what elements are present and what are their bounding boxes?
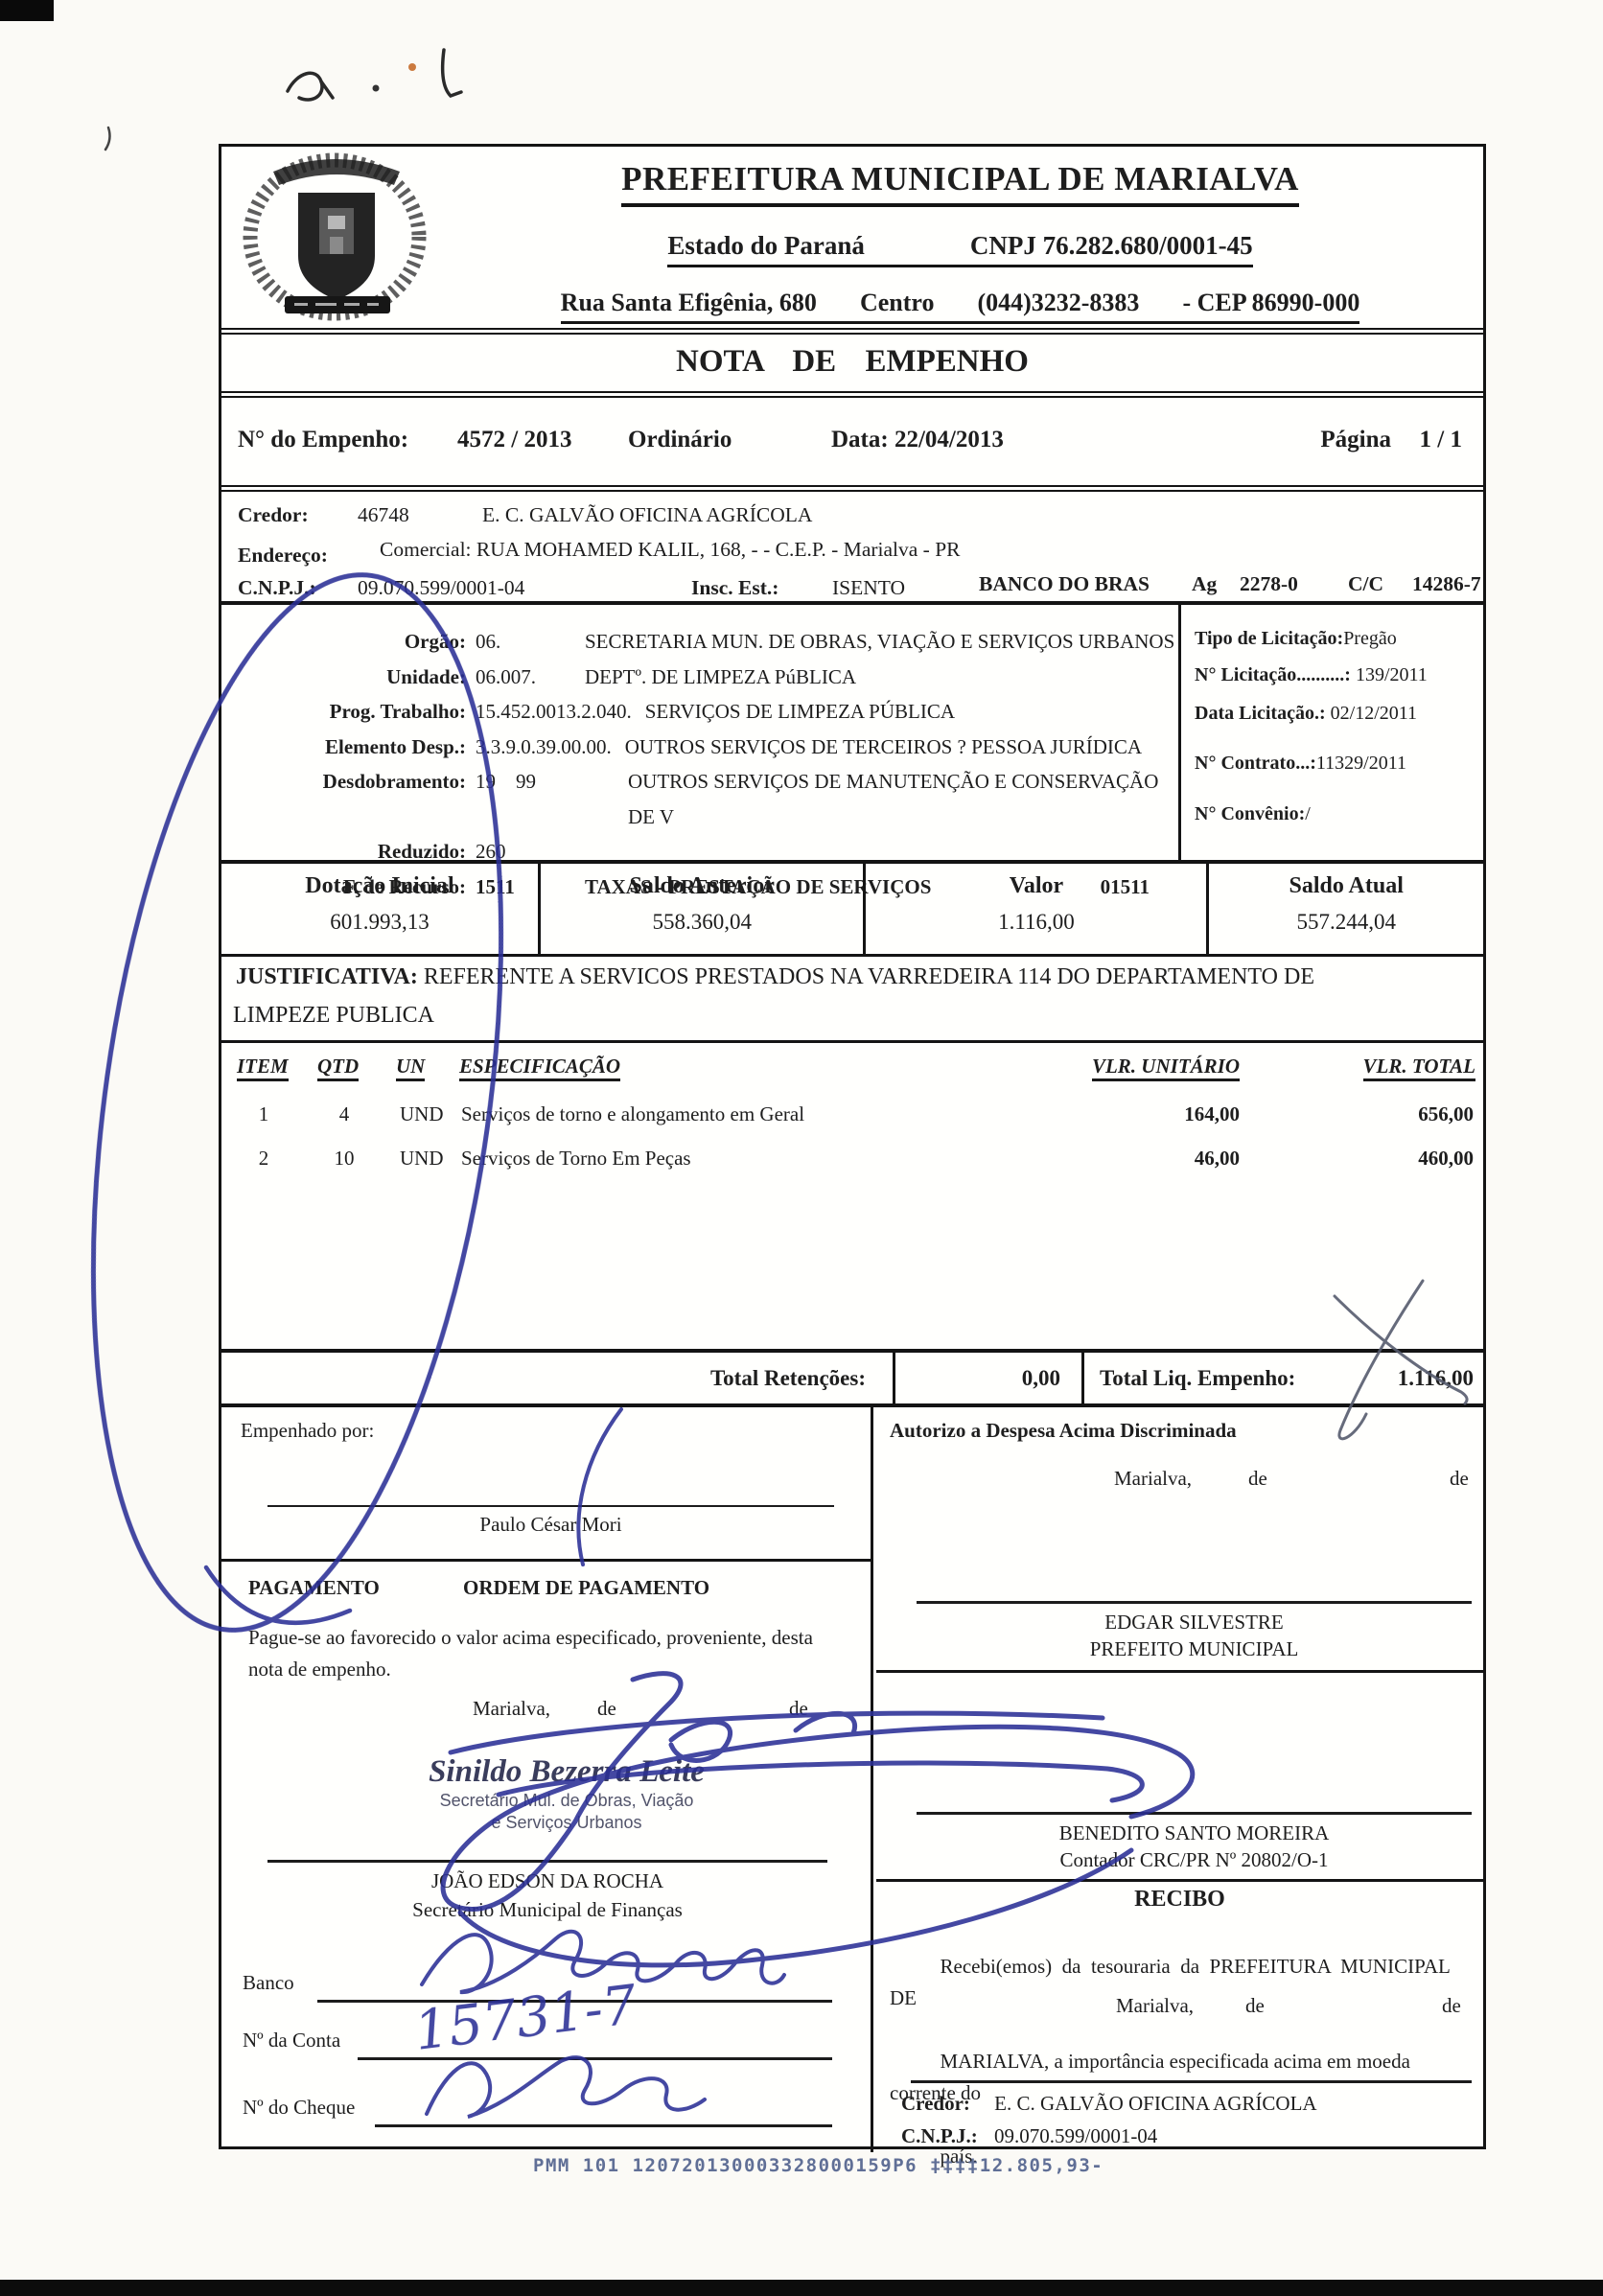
num-licitacao-row: N° Licitação..........: 139/2011 bbox=[1195, 664, 1479, 686]
dotacao-inicial-value: 601.993,13 bbox=[221, 910, 538, 935]
item-2-espec: Serviços de Torno Em Peças bbox=[461, 1147, 691, 1171]
justificativa-line1: REFERENTE A SERVICOS PRESTADOS NA VARRED… bbox=[424, 964, 1314, 989]
prefeito-name: EDGAR SILVESTRE bbox=[917, 1611, 1472, 1635]
secretary-stamp: Sinildo Bezerra Leite Secretário Mul. de… bbox=[356, 1754, 778, 1834]
stamp-title-line1: Secretário Mul. de Obras, Viação bbox=[356, 1790, 778, 1812]
recibo-cnpj-line: C.N.P.J.: 09.070.599/0001-04 bbox=[901, 2124, 1157, 2148]
item-2-num: 2 bbox=[243, 1147, 285, 1171]
data-licitacao-label: Data Licitação.: bbox=[1195, 703, 1326, 724]
dotacao-inicial-label: Dotação Inicial bbox=[221, 873, 538, 899]
item-1-unit: 164,00 bbox=[1184, 1102, 1240, 1126]
item-2-qtd: 10 bbox=[321, 1147, 367, 1171]
municipal-crest-logo bbox=[235, 152, 438, 329]
empenho-date: Data: 22/04/2013 bbox=[831, 427, 1004, 453]
valor-label: Valor bbox=[866, 873, 1206, 899]
contador-title: Contador CRC/PR Nº 20802/O-1 bbox=[917, 1848, 1472, 1872]
unidade-desc: DEPTº. DE LIMPEZA PúBLICA bbox=[585, 660, 856, 695]
pagamento-divider bbox=[221, 1559, 871, 1562]
insc-est-label: Insc. Est.: bbox=[691, 576, 778, 600]
recibo-title: RECIBO bbox=[876, 1887, 1483, 1913]
credor-code: 46748 bbox=[358, 503, 409, 527]
nota-de-empenho-document: PREFEITURA MUNICIPAL DE MARIALVA Estado … bbox=[219, 144, 1486, 2149]
dotacao-inicial-cell: Dotação Inicial 601.993,13 bbox=[221, 864, 541, 954]
endereco-label: Endereço: bbox=[238, 544, 328, 568]
autorizo-divider bbox=[876, 1670, 1483, 1673]
budget-block: Orgão: 06. SECRETARIA MUN. DE OBRAS, VIA… bbox=[221, 605, 1483, 864]
col-espec-header: ESPECIFICAÇÃO bbox=[459, 1055, 620, 1080]
conta-label: Nº da Conta bbox=[243, 2029, 340, 2052]
convenio-value: / bbox=[1305, 803, 1311, 824]
page-value: 1 / 1 bbox=[1420, 427, 1462, 453]
orgao-desc: SECRETARIA MUN. DE OBRAS, VIAÇÃO E SERVI… bbox=[585, 624, 1174, 660]
recibo-credor-line: Credor: E. C. GALVÃO OFICINA AGRÍCOLA bbox=[901, 2092, 1317, 2116]
licitacao-column: Tipo de Licitação:Pregão N° Licitação...… bbox=[1178, 605, 1483, 860]
machine-print-line: PMM 101 120720130003328000159P6 ‡‡‡‡12.8… bbox=[533, 2155, 1104, 2176]
recibo-credor-label: Credor: bbox=[901, 2092, 970, 2115]
finance-signature-line bbox=[267, 1860, 827, 1863]
autorizo-city: Marialva, bbox=[1114, 1467, 1192, 1491]
doc-title-bar: NOTA DE EMPENHO bbox=[221, 335, 1483, 398]
prog-trabalho-label: Prog. Trabalho: bbox=[221, 694, 476, 730]
items-table: ITEM QTD UN ESPECIFICAÇÃO VLR. UNITÁRIO … bbox=[221, 1043, 1483, 1353]
credor-cnpj-value: 09.070.599/0001-04 bbox=[358, 576, 524, 600]
total-liq-value: 1.116,00 bbox=[1398, 1366, 1474, 1391]
endereco-value: Comercial: RUA MOHAMED KALIL, 168, - - C… bbox=[380, 538, 961, 562]
state-cnpj-line: Estado do ParanáCNPJ 76.282.680/0001-45 bbox=[667, 231, 1252, 267]
item-1-un: UND bbox=[400, 1102, 444, 1126]
pagamento-de2: de bbox=[789, 1697, 808, 1721]
recibo-city: Marialva, bbox=[1116, 1994, 1194, 2018]
finance-secretary-name: JOÃO EDSON DA ROCHA bbox=[267, 1869, 827, 1893]
budget-row-unidade: Unidade: 06.007. DEPTº. DE LIMPEZA PúBLI… bbox=[221, 660, 1178, 695]
stamp-name: Sinildo Bezerra Leite bbox=[356, 1754, 778, 1790]
state-label: Estado do Paraná bbox=[667, 231, 865, 261]
recibo-credor-name: E. C. GALVÃO OFICINA AGRÍCOLA bbox=[994, 2092, 1316, 2115]
total-liq-cell: Total Liq. Empenho: 1.116,00 bbox=[1084, 1366, 1483, 1391]
conta-fill-line bbox=[358, 2029, 832, 2060]
empenho-type: Ordinário bbox=[628, 427, 732, 453]
finance-secretary-title: Secretário Municipal de Finanças bbox=[267, 1898, 827, 1922]
item-1-espec: Serviços de torno e alongamento em Geral bbox=[461, 1102, 804, 1126]
address-line: Rua Santa Efigênia, 680Centro(044)3232-8… bbox=[561, 289, 1360, 324]
empenhado-por-label: Empenhado por: bbox=[241, 1419, 374, 1443]
budget-row-prog-trabalho: Prog. Trabalho: 15.452.0013.2.040. SERVI… bbox=[221, 694, 1178, 730]
document-header: PREFEITURA MUNICIPAL DE MARIALVA Estado … bbox=[221, 147, 1483, 335]
prefeito-signature-line bbox=[917, 1601, 1472, 1604]
recibo-divider bbox=[876, 1879, 1483, 1882]
elemento-desc: OUTROS SERVIÇOS DE TERCEIROS ? PESSOA JU… bbox=[625, 730, 1142, 765]
col-un-header: UN bbox=[396, 1055, 425, 1080]
budget-row-elemento: Elemento Desp.: 3.3.9.0.39.00.00. OUTROS… bbox=[221, 730, 1178, 765]
pague-se-paragraph: Pague-se ao favorecido o valor acima esp… bbox=[248, 1622, 835, 1685]
street-address: Rua Santa Efigênia, 680 bbox=[561, 289, 817, 317]
agencia-value: 2278-0 bbox=[1240, 572, 1298, 596]
scan-artifact-bottom-strip bbox=[0, 2280, 1603, 2296]
cnpj-label: CNPJ 76.282.680/0001-45 bbox=[970, 231, 1253, 261]
total-retencoes-label: Total Retenções: bbox=[221, 1353, 895, 1403]
valor-value: 1.116,00 bbox=[866, 910, 1206, 935]
banco-label: Banco bbox=[243, 1971, 294, 1995]
pagamento-pane: Empenhado por: Paulo César Mori PAGAMENT… bbox=[221, 1407, 873, 2152]
credor-signature-line bbox=[911, 2080, 1472, 2083]
contrato-row: N° Contrato...:11329/2011 bbox=[1195, 753, 1479, 775]
saldo-atual-label: Saldo Atual bbox=[1209, 873, 1483, 899]
data-licitacao-row: Data Licitação.: 02/12/2011 bbox=[1195, 703, 1479, 725]
cep: - CEP 86990-000 bbox=[1182, 289, 1359, 317]
desdobramento-label: Desdobramento: bbox=[221, 764, 476, 834]
col-unit-header: VLR. UNITÁRIO bbox=[1092, 1055, 1240, 1080]
cheque-label: Nº do Cheque bbox=[243, 2096, 355, 2120]
item-1-qtd: 4 bbox=[321, 1102, 367, 1126]
credor-cnpj-label: C.N.P.J.: bbox=[238, 576, 316, 600]
tipo-licitacao-row: Tipo de Licitação:Pregão bbox=[1195, 628, 1479, 650]
pagamento-city: Marialva, bbox=[473, 1697, 550, 1721]
valor-cell: Valor 1.116,00 bbox=[866, 864, 1209, 954]
amounts-row: Dotação Inicial 601.993,13 Saldo Anterio… bbox=[221, 864, 1483, 957]
saldo-atual-value: 557.244,04 bbox=[1209, 910, 1483, 935]
cc-value: 14286-7 bbox=[1412, 572, 1481, 596]
orgao-label: Orgão: bbox=[221, 624, 476, 660]
credor-label: Credor: bbox=[238, 503, 309, 527]
saldo-anterior-label: Saldo Anterior bbox=[541, 873, 864, 899]
autorizo-de1: de bbox=[1248, 1467, 1267, 1491]
orgao-code: 06. bbox=[476, 624, 571, 660]
item-1-total: 656,00 bbox=[1418, 1102, 1474, 1126]
saldo-anterior-value: 558.360,04 bbox=[541, 910, 864, 935]
autorizacao-pane: Autorizo a Despesa Acima Discriminada Ma… bbox=[876, 1407, 1483, 2152]
phone: (044)3232-8383 bbox=[977, 289, 1139, 317]
contrato-label: N° Contrato...: bbox=[1195, 753, 1316, 774]
prog-trabalho-code: 15.452.0013.2.040. bbox=[476, 694, 632, 730]
total-liq-label: Total Liq. Empenho: bbox=[1100, 1366, 1295, 1391]
empenho-number-value: 4572 / 2013 bbox=[457, 427, 571, 453]
col-qtd-header: QTD bbox=[317, 1055, 359, 1080]
banco-name: BANCO DO BRAS bbox=[979, 572, 1150, 596]
scan-artifact-top-left bbox=[0, 0, 54, 21]
credor-block: Credor: 46748 E. C. GALVÃO OFICINA AGRÍC… bbox=[221, 492, 1483, 605]
budget-row-orgao: Orgão: 06. SECRETARIA MUN. DE OBRAS, VIA… bbox=[221, 624, 1178, 660]
agencia-label: Ag bbox=[1192, 572, 1217, 596]
elemento-label: Elemento Desp.: bbox=[221, 730, 476, 765]
total-retencoes-value: 0,00 bbox=[895, 1353, 1084, 1403]
col-item-header: ITEM bbox=[237, 1055, 289, 1080]
data-licitacao-value: 02/12/2011 bbox=[1326, 703, 1417, 724]
page-label: Página bbox=[1320, 427, 1391, 453]
recibo-cnpj-label: C.N.P.J.: bbox=[901, 2124, 978, 2147]
convenio-label: N° Convênio: bbox=[1195, 803, 1305, 824]
autorizo-de2: de bbox=[1450, 1467, 1469, 1491]
unidade-code: 06.007. bbox=[476, 660, 571, 695]
desdobramento-code: 19 99 bbox=[476, 764, 615, 834]
item-2-un: UND bbox=[400, 1147, 444, 1171]
cheque-fill-line bbox=[375, 2096, 832, 2127]
budget-classification: Orgão: 06. SECRETARIA MUN. DE OBRAS, VIA… bbox=[221, 605, 1178, 860]
autorizo-label: Autorizo a Despesa Acima Discriminada bbox=[890, 1419, 1237, 1443]
num-licitacao-value: 139/2011 bbox=[1351, 664, 1428, 685]
banco-fill-line bbox=[317, 1971, 832, 2003]
prog-trabalho-desc: SERVIÇOS DE LIMPEZA PÚBLICA bbox=[645, 694, 955, 730]
item-2-total: 460,00 bbox=[1418, 1147, 1474, 1171]
desdobramento-desc: OUTROS SERVIÇOS DE MANUTENÇÃO E CONSERVA… bbox=[628, 764, 1178, 834]
stray-pen-marks bbox=[105, 50, 461, 150]
empenhado-signature-line bbox=[267, 1505, 834, 1507]
pague-se-line2: nota de empenho. bbox=[248, 1658, 391, 1681]
item-1-num: 1 bbox=[243, 1102, 285, 1126]
justificativa-label: JUSTIFICATIVA: bbox=[236, 964, 418, 989]
convenio-row: N° Convênio:/ bbox=[1195, 803, 1479, 825]
prefeito-title: PREFEITO MUNICIPAL bbox=[917, 1637, 1472, 1661]
num-licitacao-label: N° Licitação..........: bbox=[1195, 664, 1351, 685]
contrato-value: 11329/2011 bbox=[1316, 753, 1406, 774]
insc-est-value: ISENTO bbox=[832, 576, 905, 600]
empenho-number-label: N° do Empenho: bbox=[238, 427, 408, 453]
col-total-header: VLR. TOTAL bbox=[1363, 1055, 1475, 1080]
tipo-licitacao-label: Tipo de Licitação: bbox=[1195, 628, 1343, 649]
pagamento-de1: de bbox=[597, 1697, 616, 1721]
ordem-pagamento-title: ORDEM DE PAGAMENTO bbox=[463, 1576, 709, 1600]
credor-name: E. C. GALVÃO OFICINA AGRÍCOLA bbox=[482, 503, 812, 527]
recibo-de1: de bbox=[1245, 1994, 1265, 2018]
prefeitura-title: PREFEITURA MUNICIPAL DE MARIALVA bbox=[621, 160, 1299, 207]
justificativa-line2: LIMPEZE PUBLICA bbox=[233, 1003, 434, 1029]
elemento-code: 3.3.9.0.39.00.00. bbox=[476, 730, 612, 765]
contador-signature-line bbox=[917, 1812, 1472, 1815]
totals-row: Total Retenções: 0,00 Total Liq. Empenho… bbox=[221, 1353, 1483, 1407]
pagamento-title: PAGAMENTO bbox=[248, 1576, 380, 1600]
unidade-label: Unidade: bbox=[221, 660, 476, 695]
budget-row-desdobramento: Desdobramento: 19 99 OUTROS SERVIÇOS DE … bbox=[221, 764, 1178, 834]
scanned-page: PREFEITURA MUNICIPAL DE MARIALVA Estado … bbox=[0, 0, 1603, 2296]
saldo-atual-cell: Saldo Atual 557.244,04 bbox=[1209, 864, 1483, 954]
item-2-unit: 46,00 bbox=[1195, 1147, 1240, 1171]
pague-se-line1: Pague-se ao favorecido o valor acima esp… bbox=[248, 1626, 813, 1649]
empenhado-name: Paulo César Mori bbox=[267, 1513, 834, 1537]
signature-area: Empenhado por: Paulo César Mori PAGAMENT… bbox=[221, 1407, 1483, 2152]
doc-title: NOTA DE EMPENHO bbox=[221, 335, 1483, 380]
tipo-licitacao-value: Pregão bbox=[1343, 628, 1397, 649]
recibo-de2: de bbox=[1442, 1994, 1461, 2018]
district: Centro bbox=[860, 289, 935, 317]
contador-name: BENEDITO SANTO MOREIRA bbox=[917, 1821, 1472, 1845]
justificativa-block: JUSTIFICATIVA: REFERENTE A SERVICOS PRES… bbox=[221, 957, 1483, 1043]
saldo-anterior-cell: Saldo Anterior 558.360,04 bbox=[541, 864, 867, 954]
cc-label: C/C bbox=[1348, 572, 1383, 596]
empenho-number-row: N° do Empenho: 4572 / 2013 Ordinário Dat… bbox=[221, 398, 1483, 492]
stamp-title-line2: e Serviços Urbanos bbox=[356, 1812, 778, 1834]
header-title-block: PREFEITURA MUNICIPAL DE MARIALVA Estado … bbox=[447, 147, 1474, 328]
recibo-cnpj-value: 09.070.599/0001-04 bbox=[994, 2124, 1157, 2147]
